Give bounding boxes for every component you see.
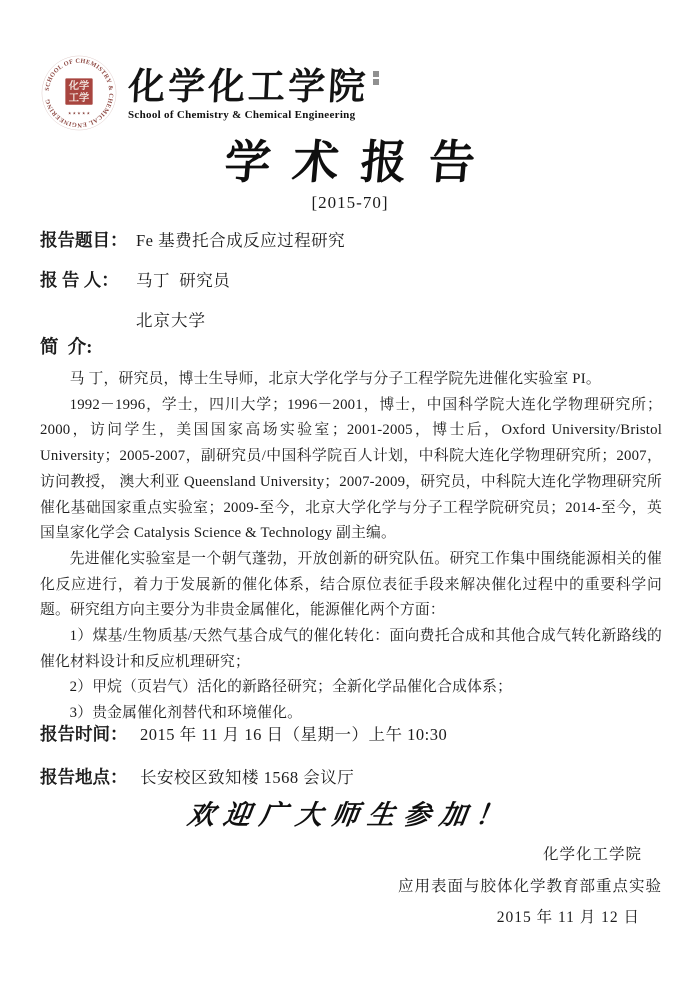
report-info: 报告题目： Fe 基费托合成反应过程研究 报 告 人： 马丁 研究员 北京大学	[40, 227, 660, 331]
topic-value: Fe 基费托合成反应过程研究	[136, 227, 345, 251]
page-title: 学术报告	[0, 126, 700, 192]
intro-paragraph: 马 丁，研究员，博士生导师，北京大学化学与分子工程学院先进催化实验室 PI。	[40, 367, 662, 393]
intro-paragraph: 先进催化实验室是一个朝气蓬勃，开放创新的研究队伍。研究工作集中围绕能源相关的催化…	[40, 547, 662, 624]
speaker-affiliation: 北京大学	[136, 307, 660, 331]
time-value: 2015 年 11 月 16 日（星期一）上午 10:30	[140, 721, 447, 745]
report-number: [2015-70]	[0, 193, 700, 213]
topic-row: 报告题目： Fe 基费托合成反应过程研究	[40, 227, 660, 252]
footer-signature: 化学化工学院 应用表面与胶体化学教育部重点实验 2015 年 11 月 12 日	[398, 839, 662, 934]
school-name-chinese: 化学化工学院	[127, 69, 369, 108]
intro-paragraph: 1992－1996，学士，四川大学；1996－2001，博士，中国科学院大连化学…	[40, 393, 662, 547]
svg-text:★ ★ ★ ★ ★: ★ ★ ★ ★ ★	[68, 110, 91, 115]
venue-value: 长安校区致知楼 1568 会议厅	[140, 764, 354, 788]
intro-paragraph: 1）煤基/生物质基/天然气基合成气的催化转化：面向费托合成和其他合成气转化新路线…	[40, 624, 662, 675]
svg-text:化学: 化学	[68, 79, 90, 92]
venue-label: 报告地点：	[40, 764, 140, 789]
footer-date: 2015 年 11 月 12 日	[398, 902, 662, 934]
intro-heading: 简 介:	[40, 333, 92, 359]
svg-text:工学: 工学	[69, 91, 90, 104]
school-seal-icon: SCHOOL OF CHEMISTRY & CHEMICAL ENGINEERI…	[40, 54, 118, 132]
logo-inscription-mark	[373, 71, 379, 85]
logo-text-block: 化学化工学院 School of Chemistry & Chemical En…	[128, 65, 379, 122]
footer-org1: 化学化工学院	[398, 839, 662, 871]
speaker-value: 马丁 研究员	[136, 267, 230, 291]
school-name-english: School of Chemistry & Chemical Engineeri…	[128, 109, 379, 121]
topic-label: 报告题目：	[40, 227, 136, 252]
welcome-line: 欢迎广大师生参加！	[0, 793, 700, 832]
speaker-row: 报 告 人： 马丁 研究员	[40, 267, 660, 292]
intro-paragraph: 2）甲烷（页岩气）活化的新路径研究；全新化学品催化合成体系；	[40, 675, 662, 701]
document-page: SCHOOL OF CHEMISTRY & CHEMICAL ENGINEERI…	[0, 0, 700, 989]
time-label: 报告时间：	[40, 721, 140, 746]
header: SCHOOL OF CHEMISTRY & CHEMICAL ENGINEERI…	[40, 54, 379, 132]
footer-org2: 应用表面与胶体化学教育部重点实验	[398, 871, 662, 903]
intro-body: 马 丁，研究员，博士生导师，北京大学化学与分子工程学院先进催化实验室 PI。 1…	[40, 367, 662, 727]
time-row: 报告时间： 2015 年 11 月 16 日（星期一）上午 10:30	[40, 721, 660, 746]
venue-row: 报告地点： 长安校区致知楼 1568 会议厅	[40, 764, 660, 789]
speaker-label: 报 告 人：	[40, 267, 136, 292]
